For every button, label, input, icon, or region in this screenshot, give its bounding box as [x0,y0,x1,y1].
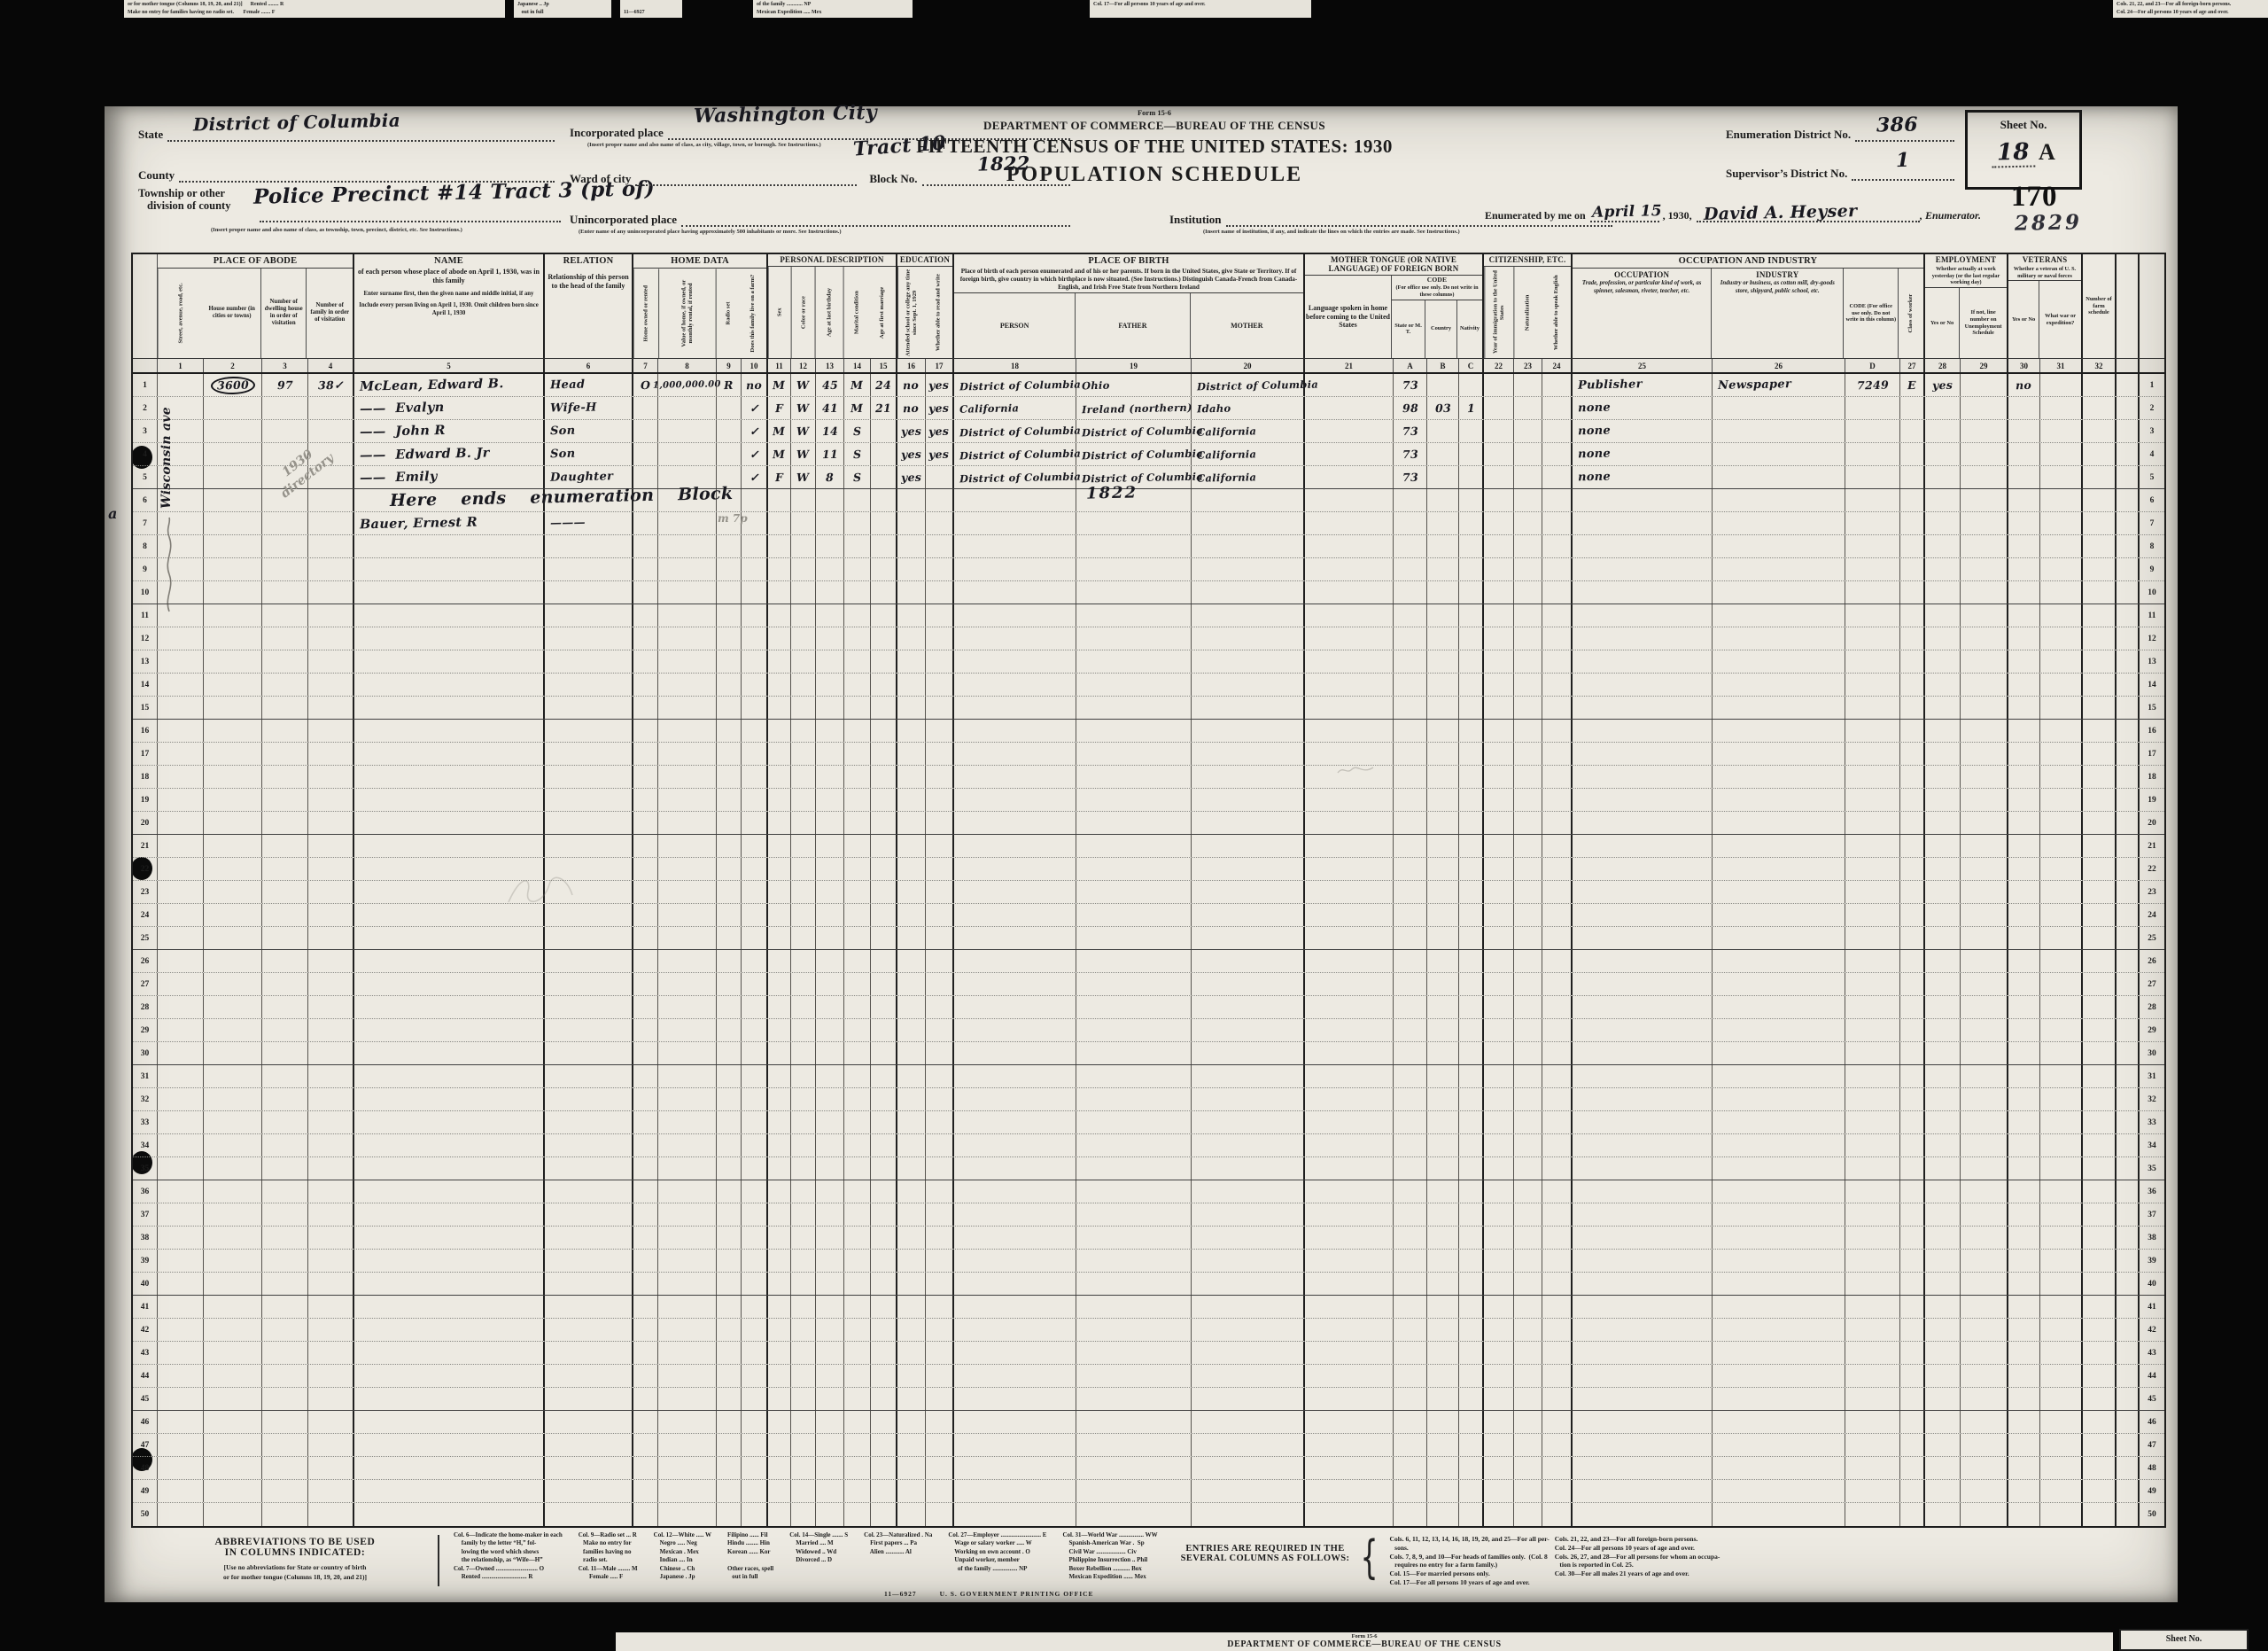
cell-line: 1 [133,374,158,396]
cell-name [354,674,545,696]
cell-code_a [1394,858,1427,880]
cell-race [791,535,816,557]
cell-family [308,1273,354,1295]
handwritten-entry: 73 [1402,424,1417,438]
cell-pob [954,1411,1076,1433]
cell-house [204,535,262,557]
cell-occupation [1573,1342,1713,1364]
cell-race [791,743,816,765]
cell-code_d [1845,1227,1900,1249]
cell-age: 11 [816,443,844,465]
cell-read_write [926,904,954,926]
cell-marital [844,789,871,811]
cell-english [1542,789,1573,811]
cell-age [816,858,844,880]
cell-house [204,1134,262,1156]
cell-vet_war [2040,950,2083,972]
cell-race [791,1065,816,1087]
cell-emp_line [1961,627,2008,650]
cell-age_married [871,535,897,557]
table-row: 88 [133,535,2164,558]
cell-race [791,812,816,834]
cell-farm [742,1434,768,1456]
cell-marital [844,1203,871,1226]
cell-value [658,581,717,604]
cell-emp_yes [1925,627,1961,650]
cell-emp_line [1961,697,2008,719]
cell-family [308,858,354,880]
cell-pob: District of Columbia [954,443,1076,465]
cell-english [1542,1157,1573,1180]
cell-name [354,1203,545,1226]
cell-family [308,881,354,903]
col-immigration-header: Year of immigration to the United States [1484,267,1513,358]
cell-emp_line [1961,604,2008,627]
cell-name: —— Edward B. Jr [354,443,545,465]
cell-worker_class [1900,489,1925,511]
cell-relation [545,973,633,995]
enumeration-district-value: 386 [1876,113,1918,137]
cell-age_married [871,1227,897,1249]
cell-farm [742,789,768,811]
column-number: 10 [742,359,768,372]
cell-code_b [1427,443,1459,465]
cell-emp_line [1961,1019,2008,1041]
cell-owned [633,1157,658,1180]
cell-code_c [1459,858,1484,880]
handwritten-entry: 24 [875,378,891,392]
cell-radio [717,1503,742,1526]
cell-emp_line [1961,1111,2008,1133]
cell-code_b [1427,466,1459,488]
cell-race [791,950,816,972]
cell-relation [545,1203,633,1226]
table-row: 2—— EvalynWife-H✓FW41M21noyesCaliforniaI… [133,397,2164,420]
cell-relation [545,581,633,604]
cell-owned [633,812,658,834]
cell-pob [954,1388,1076,1410]
cell-immigration [1484,1480,1514,1502]
handwritten-entry: Idaho [1197,401,1231,415]
cell-family [308,766,354,788]
cell-emp_line [1961,789,2008,811]
handwritten-entry: yes [928,424,949,438]
cell-age: 45 [816,374,844,396]
cell-immigration [1484,420,1514,442]
handwritten-entry: 97 [276,378,292,392]
footer-divider [438,1535,439,1586]
cell-line_r: 45 [2140,1388,2164,1410]
cell-code_a [1394,1250,1427,1272]
cell-code_c [1459,1180,1484,1203]
cell-radio [717,1203,742,1226]
cell-farm_sched [2083,397,2117,419]
cell-naturalization [1514,881,1542,903]
cell-code_c [1459,950,1484,972]
cell-family [308,535,354,557]
cell-school [897,720,926,742]
cell-vet_war [2040,1319,2083,1341]
cell-language [1305,1411,1394,1433]
cell-vet_war [2040,904,2083,926]
cell-english [1542,512,1573,534]
cell-age [816,535,844,557]
cell-family [308,1457,354,1479]
cell-dwelling [262,420,308,442]
cell-sex [768,766,791,788]
handwritten-entry: M [773,378,785,392]
cell-line_r: 38 [2140,1227,2164,1249]
cell-read_write [926,812,954,834]
cell-age [816,1503,844,1526]
cell-marital [844,627,871,650]
cell-pob_father [1076,766,1192,788]
cell-house [204,720,262,742]
handwritten-entry: California [1197,471,1256,484]
cell-house [204,1273,262,1295]
cell-pob_father [1076,604,1192,627]
cell-code_d [1845,1480,1900,1502]
cell-emp_line [1961,1203,2008,1226]
cell-industry [1713,1457,1845,1479]
cell-industry [1713,489,1845,511]
cell-line_r: 22 [2140,858,2164,880]
cell-house [204,604,262,627]
cell-age [816,489,844,511]
cell-name [354,789,545,811]
cell-emp_line [1961,1480,2008,1502]
cell-house [204,674,262,696]
cell-pob_mother [1192,1296,1305,1318]
col-emp-line-header: If not, line number on Unemployment Sche… [1960,288,2007,358]
cell-code_a [1394,512,1427,534]
cell-extra [2117,973,2140,995]
cell-language [1305,650,1394,673]
cell-line_r: 6 [2140,489,2164,511]
incorporated-value: Washington City [694,101,877,128]
cell-code_a [1394,1480,1427,1502]
cell-naturalization [1514,904,1542,926]
cell-line: 37 [133,1203,158,1226]
cell-pob_mother [1192,1342,1305,1364]
cell-age [816,1411,844,1433]
handwritten-entry: District of Columbia [959,470,1081,485]
cell-pob_father [1076,1180,1192,1203]
enumerator-name: David A. Heyser [1703,201,1857,224]
cell-code_c [1459,1434,1484,1456]
cell-occupation [1573,835,1713,857]
cell-occupation [1573,604,1713,627]
cell-pob_father [1076,697,1192,719]
cell-vet_yes [2008,650,2040,673]
cell-pob [954,858,1076,880]
cell-pob [954,766,1076,788]
cell-worker_class [1900,904,1925,926]
cell-read_write [926,627,954,650]
cell-pob: District of Columbia [954,466,1076,488]
cell-farm [742,904,768,926]
cell-value [658,1180,717,1203]
handwritten-entry: M [850,378,863,392]
cell-line: 7 [133,512,158,534]
cell-vet_war [2040,397,2083,419]
handwritten-entry: W [796,471,810,484]
cell-industry [1713,1273,1845,1295]
cell-language [1305,1203,1394,1226]
cell-dwelling [262,1042,308,1064]
cell-relation [545,720,633,742]
col-english-header: Whether able to speak English [1542,267,1571,358]
cell-school [897,1434,926,1456]
cell-pob_mother [1192,881,1305,903]
cell-marital [844,535,871,557]
cell-family [308,604,354,627]
handwritten-entry: S [853,471,862,484]
township-label: Township or other division of county [138,188,253,213]
cell-extra [2117,535,2140,557]
cell-industry [1713,650,1845,673]
cell-street [158,1157,204,1180]
cell-extra [2117,512,2140,534]
cell-marital [844,650,871,673]
cell-code_b [1427,558,1459,580]
cell-occupation [1573,1273,1713,1295]
cell-emp_yes [1925,1180,1961,1203]
cell-owned [633,1180,658,1203]
cell-immigration [1484,1457,1514,1479]
cell-extra [2117,1157,2140,1180]
cell-pob [954,1342,1076,1364]
cell-farm [742,581,768,604]
column-number: 31 [2040,359,2083,372]
cell-emp_yes [1925,443,1961,465]
cell-relation [545,743,633,765]
cell-value [658,973,717,995]
cell-industry [1713,950,1845,972]
cell-code_a [1394,812,1427,834]
cell-emp_yes [1925,420,1961,442]
cell-sex [768,489,791,511]
cell-dwelling: 97 [262,374,308,396]
cell-worker_class [1900,996,1925,1018]
cell-owned [633,789,658,811]
cell-code_d [1845,420,1900,442]
cell-read_write [926,766,954,788]
cell-immigration [1484,1503,1514,1526]
cell-house [204,812,262,834]
cell-race [791,489,816,511]
cell-age [816,720,844,742]
cell-family [308,789,354,811]
entries-list-1: Cols. 6, 11, 12, 13, 14, 16, 18, 19, 20,… [1390,1535,1550,1587]
cell-relation [545,835,633,857]
cell-read_write [926,789,954,811]
cell-value [658,835,717,857]
cell-line_r: 19 [2140,789,2164,811]
cell-house [204,973,262,995]
cell-line: 9 [133,558,158,580]
cell-farm_sched [2083,1180,2117,1203]
cell-house [204,1227,262,1249]
cell-code_b [1427,720,1459,742]
cell-dwelling [262,835,308,857]
cell-line: 44 [133,1365,158,1387]
cell-code_b [1427,1342,1459,1364]
table-row: 2828 [133,996,2164,1019]
cell-line_r: 50 [2140,1503,2164,1526]
cell-occupation [1573,1365,1713,1387]
cell-language [1305,835,1394,857]
cell-age [816,1388,844,1410]
cell-vet_yes [2008,1296,2040,1318]
cell-code_c [1459,420,1484,442]
cell-pob_father [1076,950,1192,972]
cell-pob_father [1076,1296,1192,1318]
cell-code_b [1427,1203,1459,1226]
cell-worker_class [1900,835,1925,857]
cell-vet_war [2040,1273,2083,1295]
cell-emp_yes [1925,466,1961,488]
cell-english [1542,904,1573,926]
cell-line: 30 [133,1042,158,1064]
cell-emp_line [1961,996,2008,1018]
entries-required-title: ENTRIES ARE REQUIRED IN THE SEVERAL COLU… [1181,1544,1350,1563]
block-value: 1822 [977,152,1030,175]
cell-dwelling [262,996,308,1018]
cell-naturalization [1514,1411,1542,1433]
cell-pob [954,1203,1076,1226]
handwritten-entry: —— Emily [360,469,438,486]
cell-occupation: none [1573,443,1713,465]
cell-line_r: 36 [2140,1180,2164,1203]
cell-race [791,1480,816,1502]
cell-name [354,1319,545,1341]
cell-code_b [1427,581,1459,604]
cell-farm [742,927,768,949]
cell-owned [633,1065,658,1087]
cell-owned [633,904,658,926]
cell-school [897,766,926,788]
cell-industry [1713,1227,1845,1249]
cell-vet_war [2040,374,2083,396]
cell-vet_war [2040,443,2083,465]
cell-immigration [1484,743,1514,765]
cell-language [1305,558,1394,580]
cell-radio [717,904,742,926]
entries-required-note: ENTRIES ARE REQUIRED IN THE SEVERAL COLU… [1181,1531,1720,1587]
handwritten-entry: no [2016,378,2031,392]
cell-house [204,766,262,788]
schedule-body: 136009738✓McLean, Edward B.HeadO1,000,00… [133,374,2164,1526]
cell-owned [633,558,658,580]
cell-school [897,627,926,650]
cell-occupation [1573,1503,1713,1526]
cell-pob_mother [1192,1088,1305,1110]
cell-emp_yes [1925,1273,1961,1295]
cell-worker_class [1900,627,1925,650]
cell-race [791,674,816,696]
cell-read_write [926,1065,954,1087]
cell-house [204,581,262,604]
cell-code_b [1427,812,1459,834]
cell-immigration [1484,558,1514,580]
cell-farm [742,1157,768,1180]
cell-english [1542,535,1573,557]
cell-pob_father [1076,1134,1192,1156]
cell-occupation [1573,973,1713,995]
cell-industry [1713,1111,1845,1133]
cell-house [204,627,262,650]
table-row: 3232 [133,1088,2164,1111]
cell-immigration [1484,397,1514,419]
cell-occupation [1573,1180,1713,1203]
cell-extra [2117,881,2140,903]
cell-worker_class [1900,720,1925,742]
cell-code_d [1845,1457,1900,1479]
cell-code_d [1845,1434,1900,1456]
cell-emp_yes [1925,1042,1961,1064]
cell-age_married [871,489,897,511]
enumeration-district-line [1855,136,1954,142]
handwritten-entry: 73 [1402,378,1417,392]
cell-name [354,927,545,949]
cell-farm [742,743,768,765]
cell-immigration [1484,443,1514,465]
cell-radio [717,1250,742,1272]
cell-school [897,650,926,673]
cell-code_d [1845,973,1900,995]
cell-emp_line [1961,881,2008,903]
cell-occupation [1573,1088,1713,1110]
handwritten-entry: Bauer, Ernest R [360,515,478,533]
table-row: 2020 [133,812,2164,835]
cell-owned [633,397,658,419]
cell-race: W [791,374,816,396]
cell-vet_yes [2008,1411,2040,1433]
cell-emp_yes [1925,996,1961,1018]
cell-code_a: 73 [1394,420,1427,442]
cell-line: 23 [133,881,158,903]
cell-industry [1713,858,1845,880]
cell-pob_mother [1192,858,1305,880]
cell-code_c [1459,627,1484,650]
cell-age_married [871,766,897,788]
cell-age [816,835,844,857]
cell-marital [844,1319,871,1341]
cell-race [791,1088,816,1110]
cell-pob_father [1076,1365,1192,1387]
cell-pob [954,1088,1076,1110]
table-row: 4040 [133,1273,2164,1296]
pencil-scribble [1336,762,1375,778]
column-number: 21 [1305,359,1394,372]
unincorporated-label: Unincorporated place [570,213,677,227]
cell-naturalization [1514,374,1542,396]
cell-code_d [1845,858,1900,880]
table-row: 2121 [133,835,2164,858]
table-row: 1616 [133,720,2164,743]
cell-code_a [1394,650,1427,673]
cell-emp_yes [1925,489,1961,511]
cell-industry [1713,1388,1845,1410]
cell-school [897,881,926,903]
cell-code_d [1845,558,1900,580]
cell-industry [1713,1088,1845,1110]
cell-relation [545,789,633,811]
cell-pob [954,1296,1076,1318]
unincorporated-line [681,222,1070,227]
cell-owned [633,1503,658,1526]
